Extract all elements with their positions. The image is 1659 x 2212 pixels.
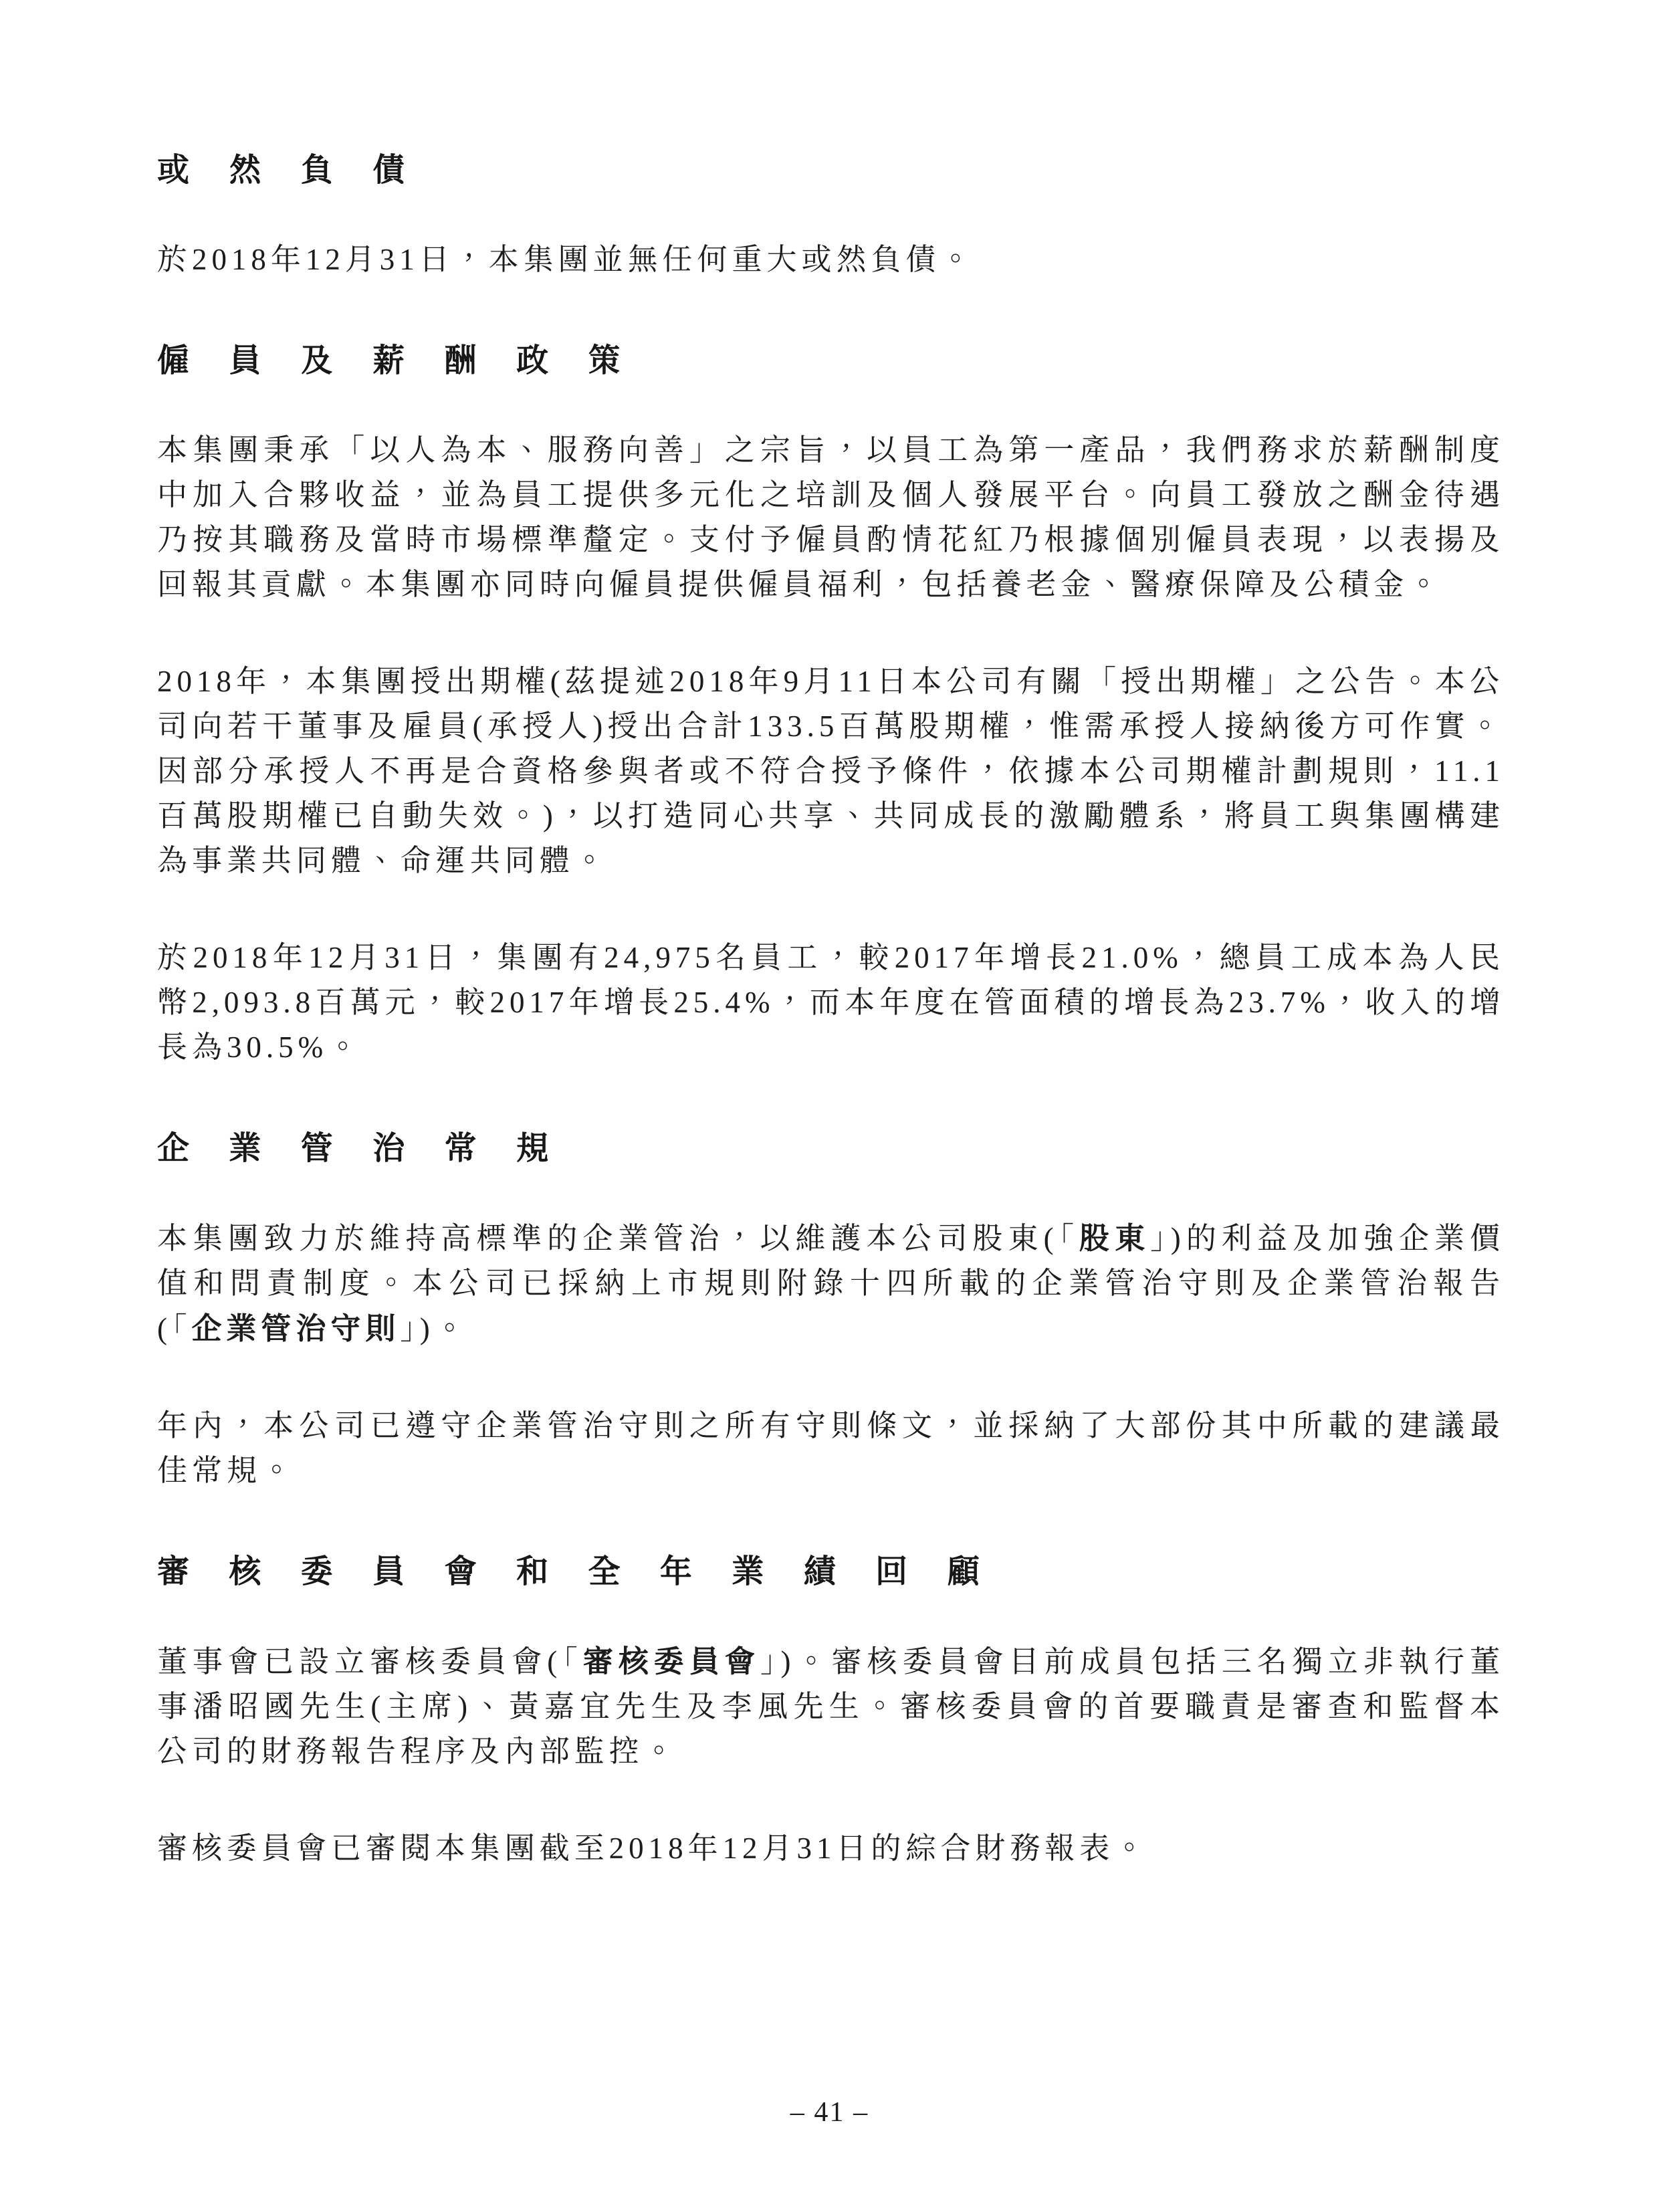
text-run-bold: 審核委員會 (583, 1644, 760, 1678)
heading-corporate-governance-practices: 企 業 管 治 常 規 (157, 1129, 1505, 1169)
paragraph: 本集團秉承「以人為本、服務向善」之宗旨，以員工為第一產品，我們務求於薪酬制度中加… (157, 428, 1505, 607)
heading-employees-remuneration-policy: 僱 員 及 薪 酬 政 策 (157, 341, 1505, 381)
text-run: 本集團秉承「以人為本、服務向善」之宗旨，以員工為第一產品，我們務求於薪酬制度中加… (157, 433, 1505, 601)
heading-audit-committee-annual-results-review: 審 核 委 員 會 和 全 年 業 績 回 顧 (157, 1552, 1505, 1592)
heading-contingent-liabilities: 或 然 負 債 (157, 150, 1505, 191)
text-run-bold: 股東 (1079, 1221, 1150, 1255)
text-run: 審核委員會已審閱本集團截至2018年12月31日的綜合財務報表。 (157, 1832, 1149, 1865)
text-run-bold: 企業管治守則 (191, 1311, 400, 1345)
paragraph: 本集團致力於維持高標準的企業管治，以維護本公司股東(「股東」)的利益及加強企業價… (157, 1216, 1505, 1351)
text-run: 本集團致力於維持高標準的企業管治，以維護本公司股東(「 (157, 1222, 1079, 1255)
paragraph: 2018年，本集團授出期權(茲提述2018年9月11日本公司有關「授出期權」之公… (157, 659, 1505, 883)
paragraph: 於2018年12月31日，集團有24,975名員工，較2017年增長21.0%，… (157, 935, 1505, 1070)
page-content: 或 然 負 債 於2018年12月31日，本集團並無任何重大或然負債。 僱 員 … (157, 150, 1505, 1923)
text-run: 2018年，本集團授出期權(茲提述2018年9月11日本公司有關「授出期權」之公… (157, 665, 1505, 877)
paragraph: 年內，本公司已遵守企業管治守則之所有守則條文，並採納了大部份其中所載的建議最佳常… (157, 1404, 1505, 1493)
text-run: 於2018年12月31日，集團有24,975名員工，較2017年增長21.0%，… (157, 941, 1505, 1064)
text-run: 於2018年12月31日，本集團並無任何重大或然負債。 (157, 243, 975, 276)
paragraph: 於2018年12月31日，本集團並無任何重大或然負債。 (157, 237, 1505, 282)
document-page: 或 然 負 債 於2018年12月31日，本集團並無任何重大或然負債。 僱 員 … (0, 0, 1659, 2212)
text-run: 」)。 (400, 1312, 469, 1345)
paragraph: 審核委員會已審閱本集團截至2018年12月31日的綜合財務報表。 (157, 1826, 1505, 1871)
text-run: 年內，本公司已遵守企業管治守則之所有守則條文，並採納了大部份其中所載的建議最佳常… (157, 1409, 1505, 1487)
page-number: – 41 – (0, 2096, 1659, 2128)
paragraph: 董事會已設立審核委員會(「審核委員會」)。審核委員會目前成員包括三名獨立非執行董… (157, 1639, 1505, 1774)
text-run: 董事會已設立審核委員會(「 (157, 1645, 583, 1678)
